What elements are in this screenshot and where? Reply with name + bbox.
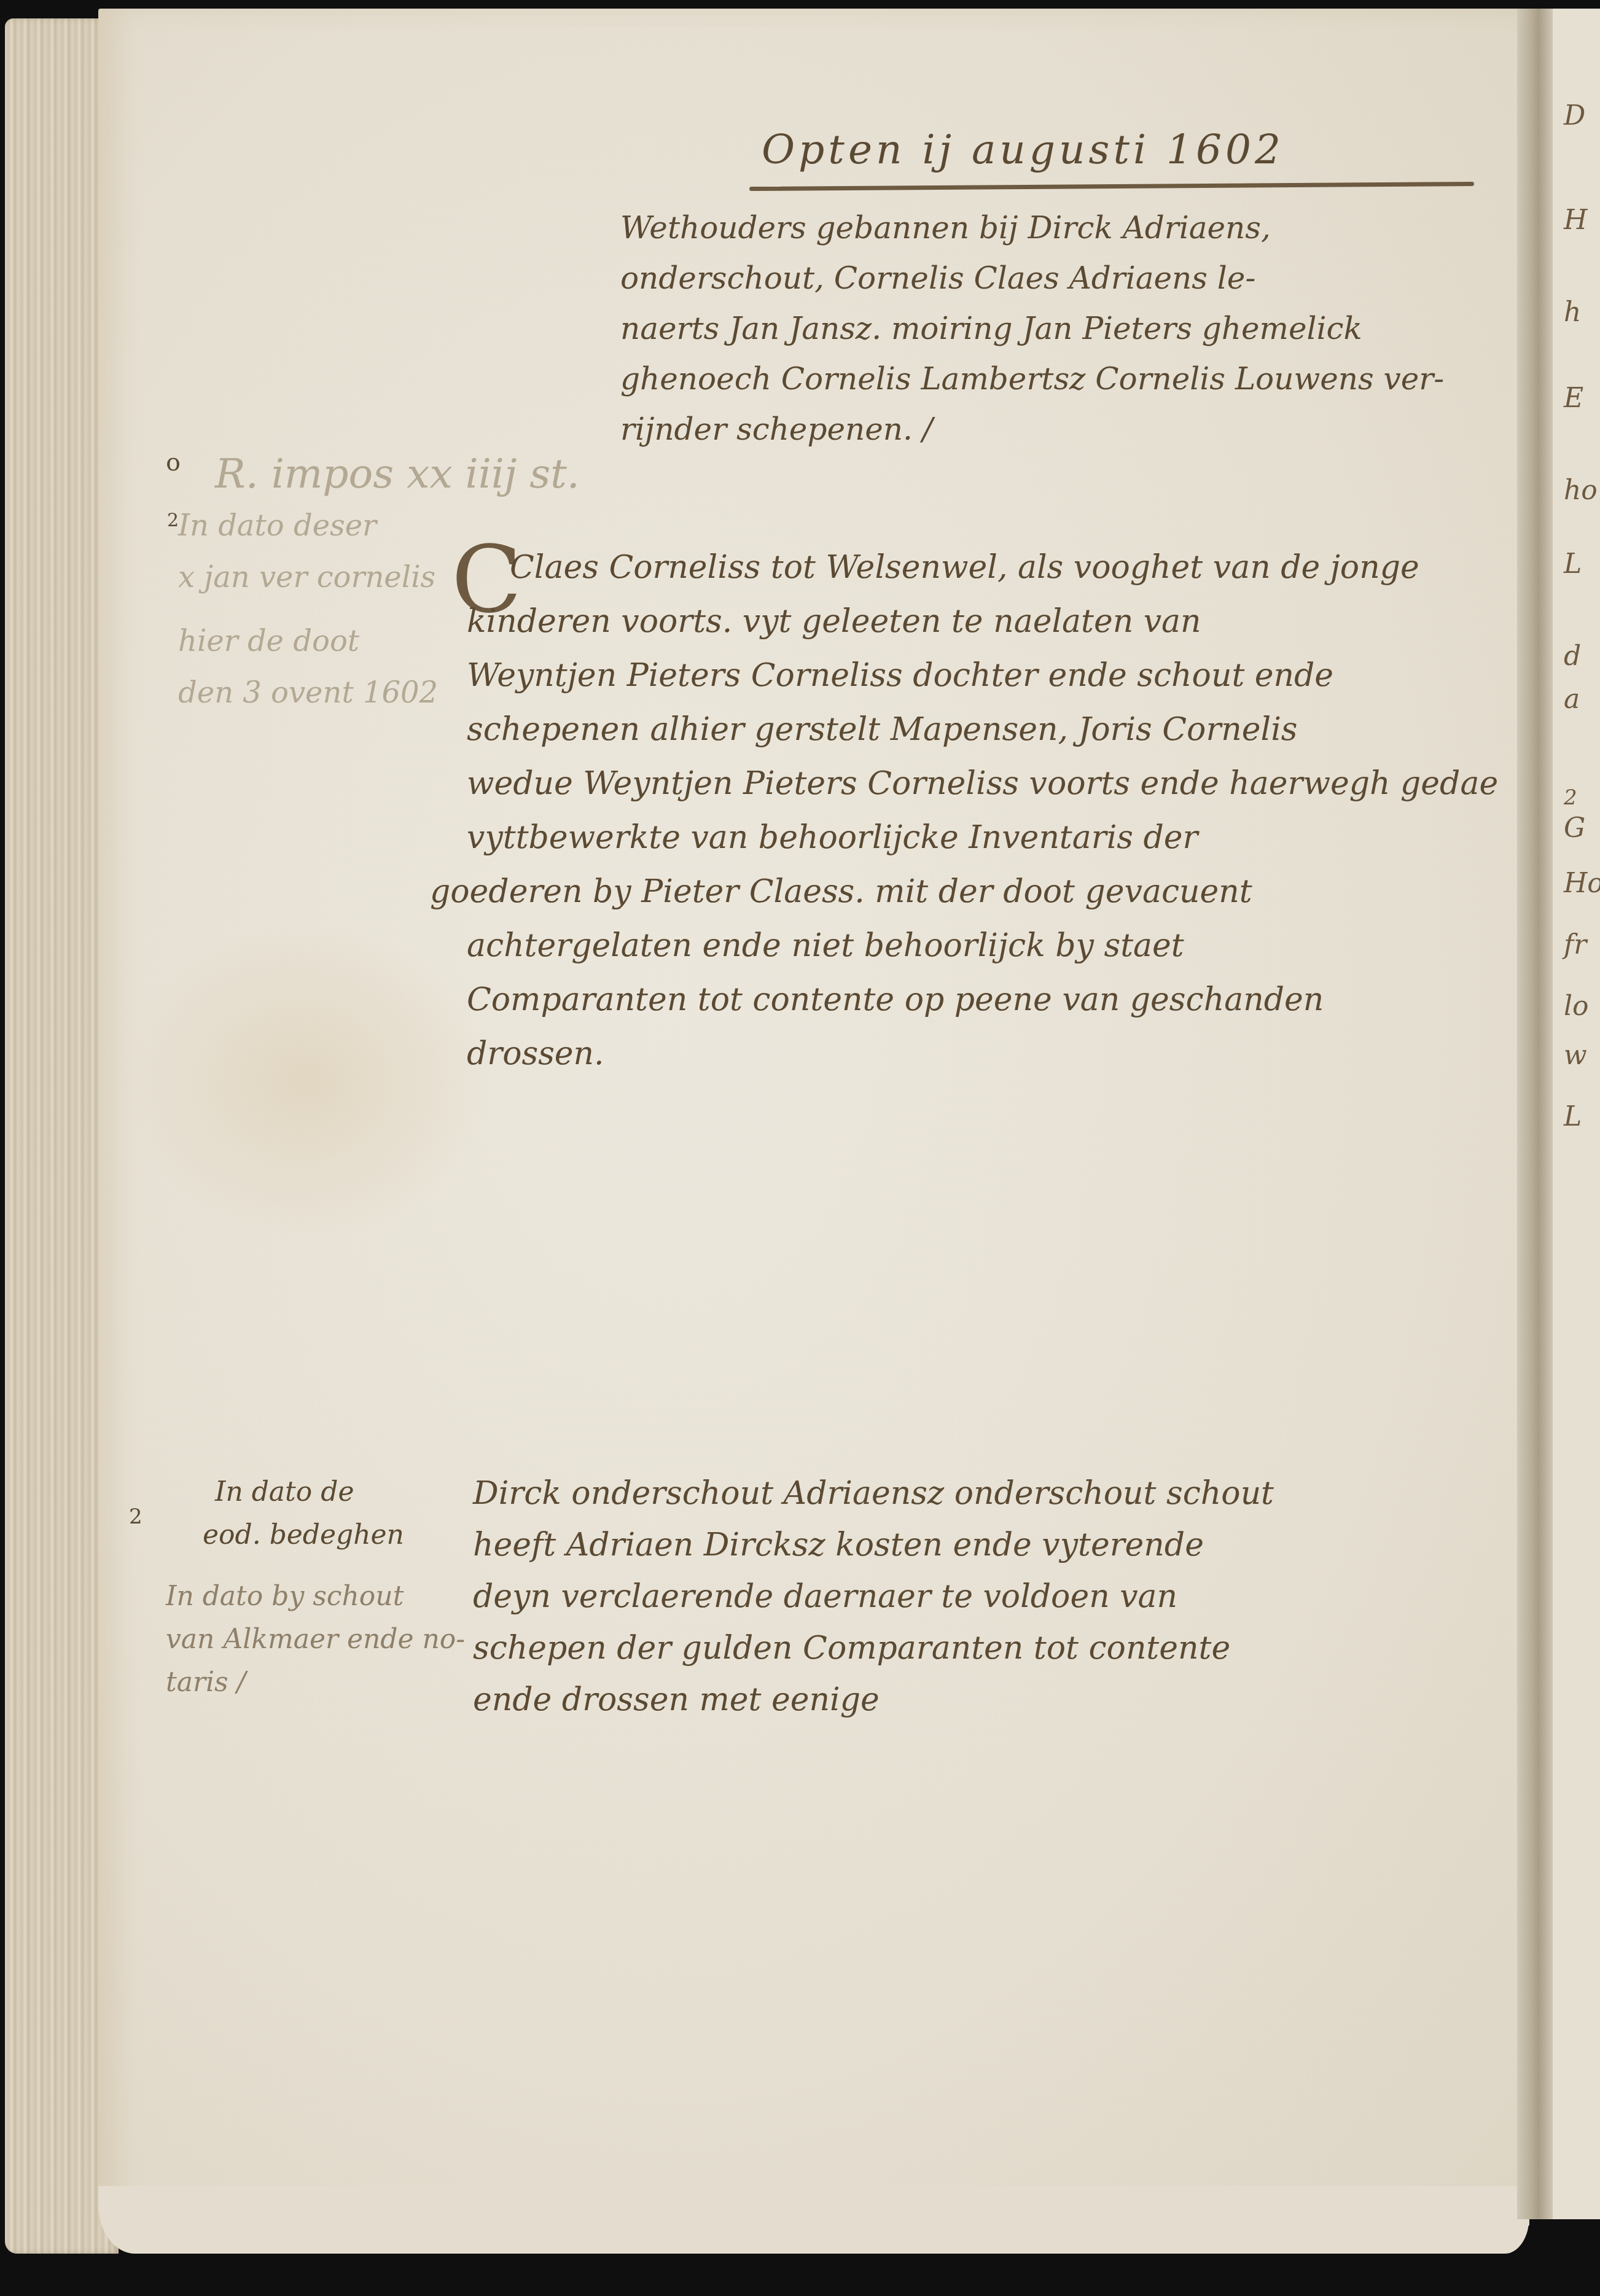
text-line: naerts Jan Jansz. moiring Jan Pieters gh… [620,303,1444,354]
facing-glyph: 2 [1564,782,1600,813]
text-line: Comparanten tot contente op peene van ge… [467,973,1498,1027]
facing-glyph: D [1564,101,1600,131]
text-line: kinderen voorts. vyt geleeten te naelate… [467,594,1498,648]
text-line: schepenen alhier gerstelt Mapensen, Jori… [467,702,1498,757]
text-line: ende drossen met eenige [473,1674,1274,1726]
text-line: vyttbewerkte van behoorlijcke Inventaris… [467,811,1498,865]
text-line: achtergelaten ende niet behoorlijck by s… [467,919,1498,973]
text-line: Dirck onderschout Adriaensz onderschout … [473,1468,1274,1519]
entry-3-margin-note: In dato de eod. bedeghen In dato by scho… [203,1471,465,1704]
facing-glyph: ho [1564,475,1600,506]
text-line: goederen by Pieter Claess. mit der doot … [430,865,1498,919]
entry-2-body: Claes Corneliss tot Welsenwel, als voogh… [467,540,1498,1081]
margin-line: eod. bedeghen [203,1514,465,1557]
text-line: deyn verclaerende daernaer te voldoen va… [473,1571,1274,1622]
facing-glyph: L [1564,549,1600,580]
text-line: ghenoech Cornelis Lambertsz Cornelis Lou… [620,354,1444,404]
facing-glyph: a [1564,684,1600,715]
facing-glyph: L [1564,1102,1600,1132]
facing-glyph: w [1564,1040,1600,1071]
facing-glyph: H [1564,205,1600,236]
entry-3-body: Dirck onderschout Adriaensz onderschout … [473,1468,1274,1726]
date-heading: Opten ij augusti 1602 [762,126,1284,173]
facing-glyph: E [1564,383,1600,414]
text-line: wedue Weyntjen Pieters Corneliss voorts … [467,757,1498,811]
margin-mark: 2 [129,1504,142,1529]
facing-glyph: d [1564,641,1600,672]
margin-line: In dato by schout [166,1575,465,1618]
text-line: rijnder schepenen. / [620,404,1444,454]
facing-glyph: lo [1564,991,1600,1022]
page-bottom-edge [98,2186,1529,2254]
text-line: Claes Corneliss tot Welsenwel, als voogh… [510,540,1498,594]
margin-line: van Alkmaer ende no- [166,1618,465,1661]
margin-line: In dato de [215,1471,465,1514]
facing-page: D H h E ho L d a 2 G Ho fr lo w L [1553,9,1600,2219]
text-line: onderschout, Cornelis Claes Adriaens le- [620,253,1444,303]
text-line: Weyntjen Pieters Corneliss dochter ende … [467,648,1498,702]
facing-glyph: Ho [1564,868,1600,899]
book-gutter [1517,9,1553,2219]
text-line: Wethouders gebannen bij Dirck Adriaens, [620,203,1444,253]
facing-glyph: fr [1564,930,1600,960]
facing-glyph: h [1564,297,1600,328]
facing-glyph: G [1564,813,1600,844]
margin-mark: 2 [167,510,179,531]
margin-line: taris / [166,1661,465,1704]
text-line: heeft Adriaen Dircksz kosten ende vytere… [473,1519,1274,1571]
text-line: drossen. [467,1027,1498,1081]
text-line: schepen der gulden Comparanten tot conte… [473,1622,1274,1674]
faded-annotation: R. impos xx iiij st. [215,448,580,500]
entry-preamble: Wethouders gebannen bij Dirck Adriaens, … [620,203,1444,454]
